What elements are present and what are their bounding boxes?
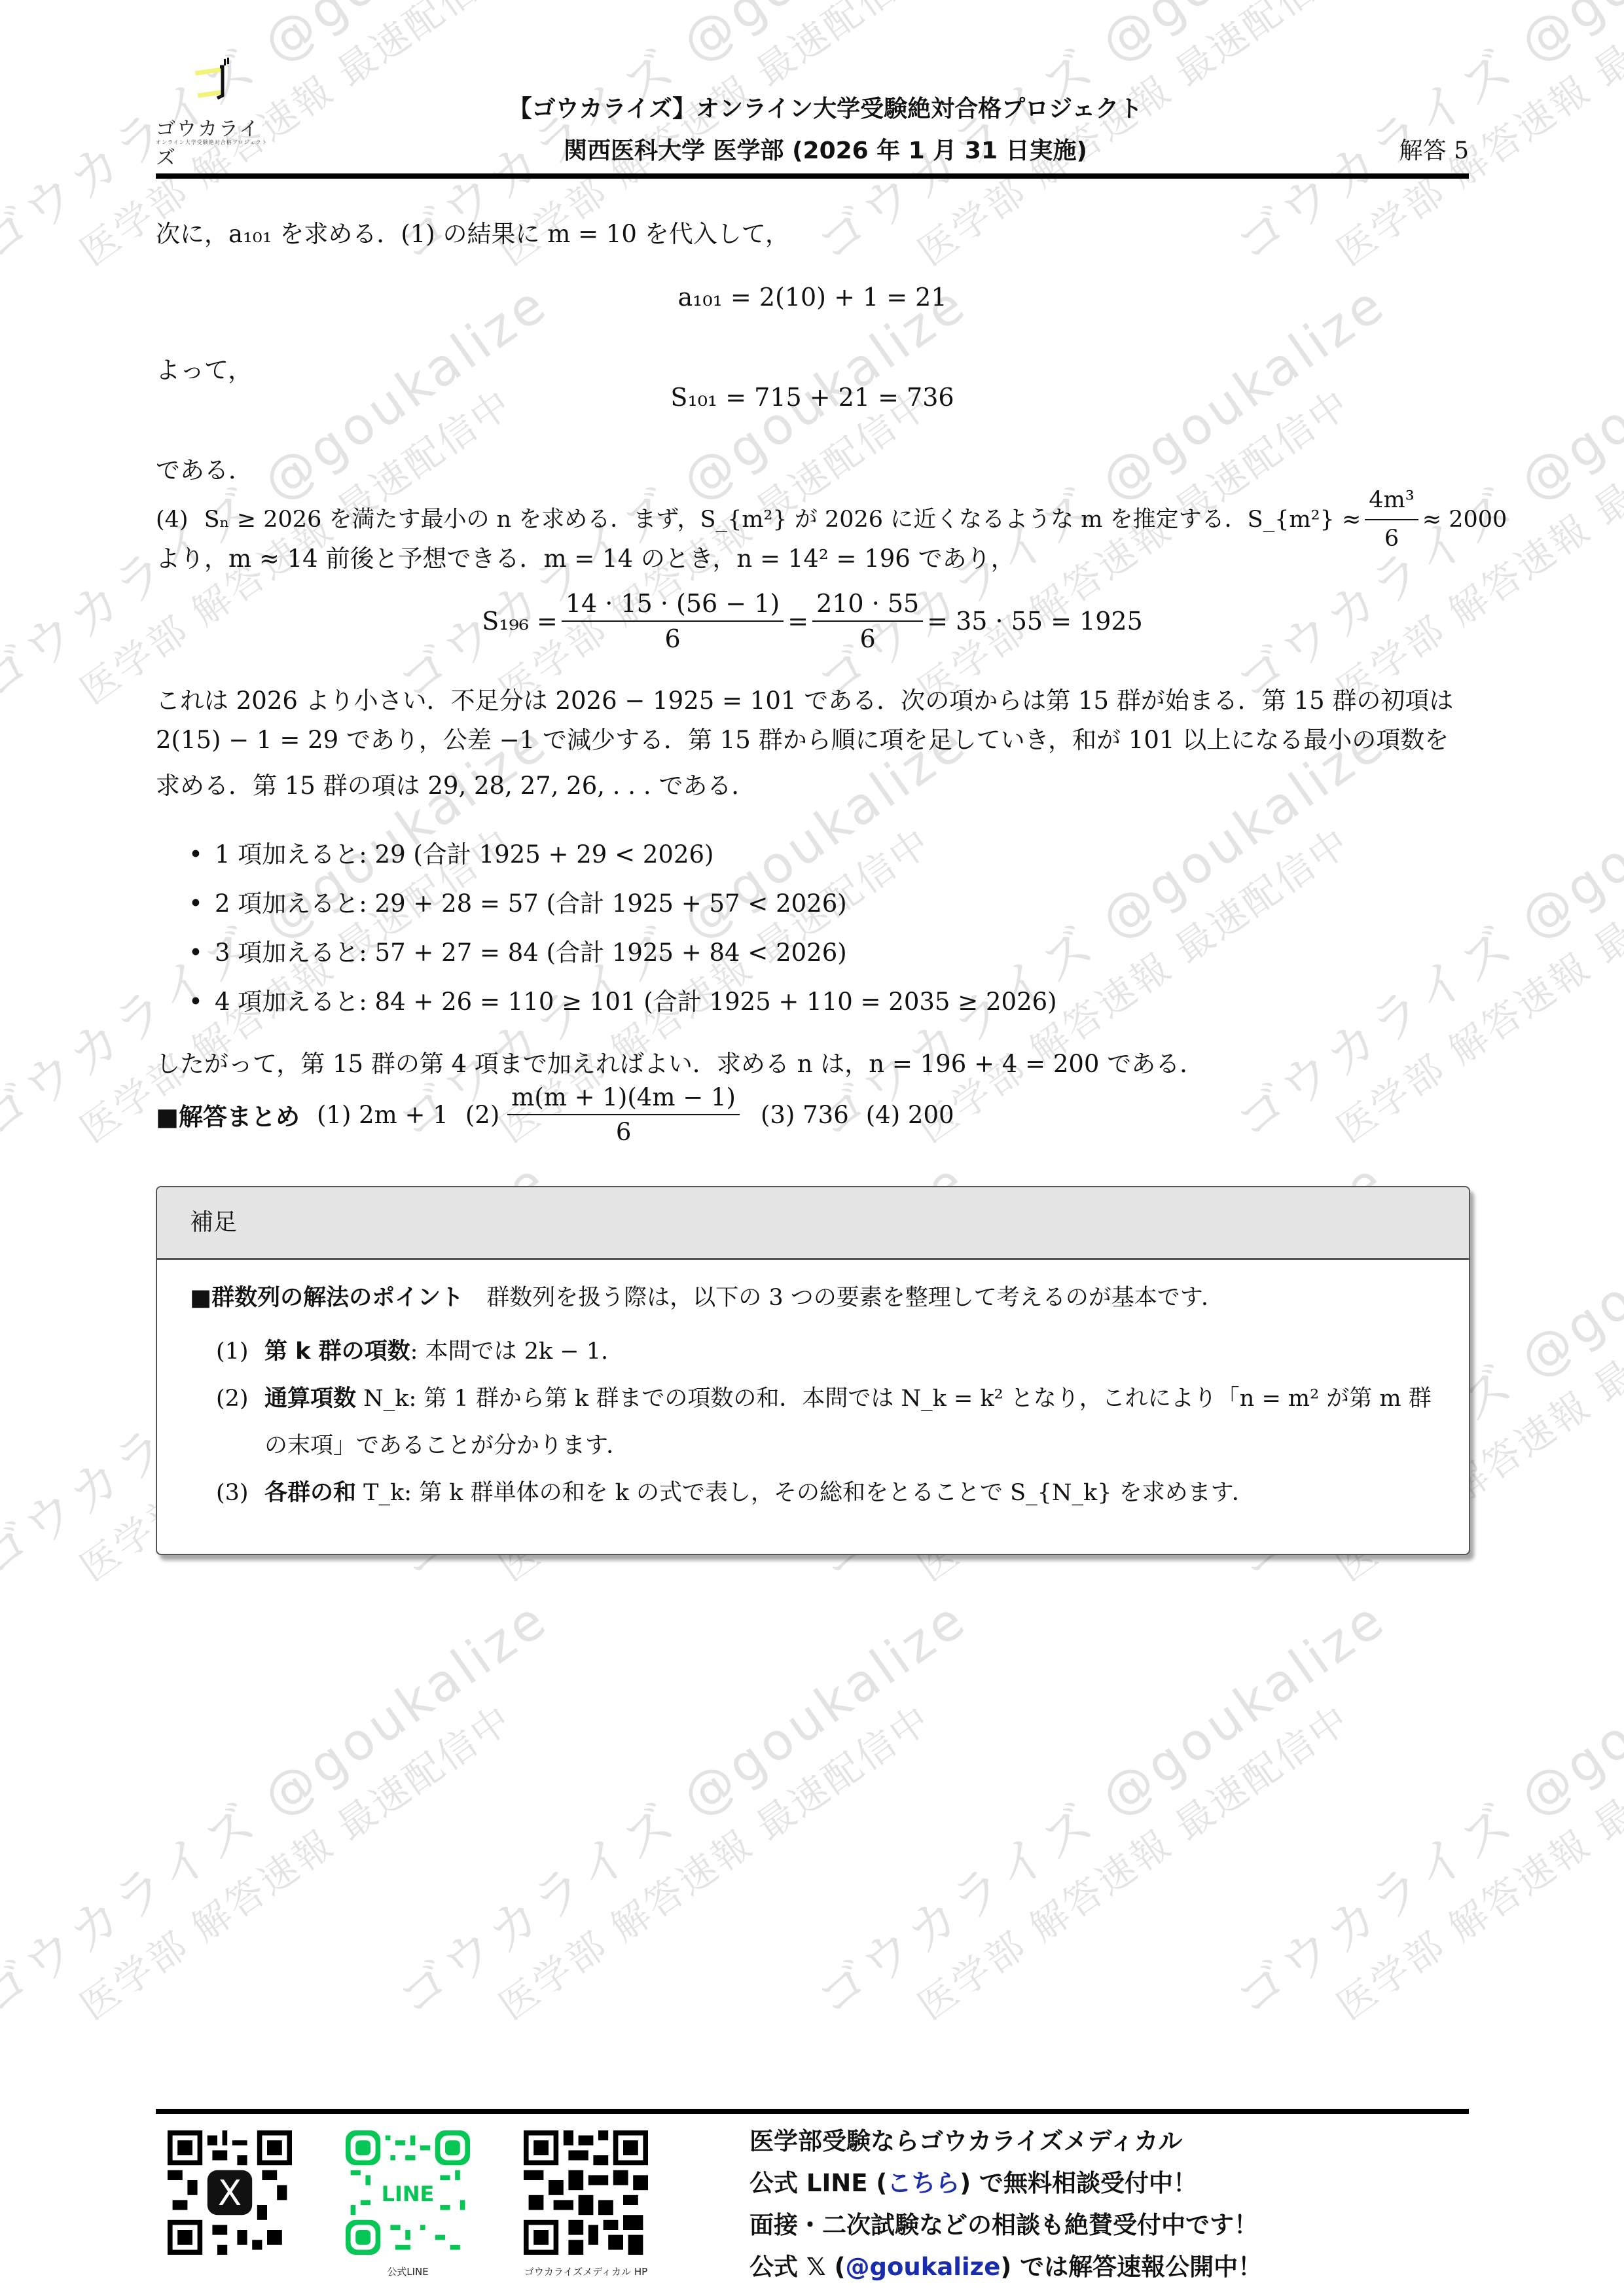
part4-line2: より，m ≈ 14 前後と予想できる．m = 14 のとき，n = 14² = …: [156, 542, 1469, 576]
promo-line-3: 面接・二次試験などの相談も絶賛受付中です！: [749, 2204, 1262, 2246]
equation-s101: S₁₀₁ = 715 + 21 = 736: [156, 383, 1469, 412]
answer-4: (4) 200: [866, 1101, 954, 1129]
answer-2-fraction: m(m + 1)(4m − 1) 6: [507, 1083, 740, 1146]
supplement-body: ■群数列の解法のポイント 群数列を扱う際は，以下の 3 つの要素を整理して考える…: [157, 1260, 1469, 1536]
bullet-list: 1 項加えると: 29 (合計 1925 + 29 < 2026) 2 項加える…: [156, 830, 1508, 1026]
promo-text: 医学部受験ならゴウカライズメディカル 公式 LINE (こちら) で無料相談受付…: [749, 2121, 1262, 2288]
promo-line-4: 公式 𝕏 (@goukalize) では解答速報公開中！: [749, 2246, 1262, 2288]
part4-text-b: ≈ 2000: [1422, 504, 1507, 536]
part4-para3: 求める．第 15 群の項は 29, 28, 27, 26, . . . である．: [156, 769, 1469, 803]
answer-summary: ■解答まとめ (1) 2m + 1 (2) m(m + 1)(4m − 1) 6…: [156, 1083, 954, 1146]
part4-para2: 2(15) − 1 = 29 であり，公差 −1 で減少する．第 15 群から順…: [156, 723, 1469, 757]
dearu-text: である．: [156, 454, 1469, 488]
answer-2-prefix: (2): [465, 1101, 499, 1129]
fraction-2: 210 · 55 6: [812, 589, 923, 653]
footer-rule: [156, 2109, 1469, 2114]
svg-text:LINE: LINE: [382, 2181, 435, 2206]
hp-qr-label: ゴウカライズメディカル HP: [504, 2265, 668, 2278]
equation-a101: a₁₀₁ = 2(10) + 1 = 21: [156, 283, 1469, 312]
list-item: 2 項加えると: 29 + 28 = 57 (合計 1925 + 57 < 20…: [195, 879, 1508, 928]
supplement-box: 補足 ■群数列の解法のポイント 群数列を扱う際は，以下の 3 つの要素を整理して…: [156, 1186, 1470, 1555]
line-link[interactable]: こちら: [887, 2169, 960, 2197]
x-qr-code-icon[interactable]: X: [168, 2130, 292, 2255]
page-header: ゴウカライズ オンライン大学受験絶対合格プロジェクト 【ゴウカライズ】オンライン…: [156, 52, 1469, 177]
conclusion-text: したがって，第 15 群の第 4 項まで加えればよい．求める n は，n = 1…: [156, 1047, 1469, 1081]
answer-3: (3) 736: [761, 1101, 849, 1129]
equation-s196: S₁₉₆ = 14 · 15 · (56 − 1) 6 = 210 · 55 6…: [156, 589, 1469, 653]
answer-1: (1) 2m + 1: [317, 1101, 448, 1129]
line-qr-code-icon[interactable]: LINE: [346, 2130, 470, 2255]
list-item: 3 項加えると: 57 + 27 = 84 (合計 1925 + 84 < 20…: [195, 928, 1508, 977]
header-subtitle: 関西医科大学 医学部 (2026 年 1 月 31 日実施): [156, 132, 1469, 166]
page-number: 解答 5: [1399, 132, 1469, 166]
supplement-title: 補足: [157, 1187, 1469, 1260]
intro-text: 次に，a₁₀₁ を求める．(1) の結果に m = 10 を代入して，: [156, 217, 1469, 251]
supplement-lead: ■群数列の解法のポイント 群数列を扱う際は，以下の 3 つの要素を整理して考える…: [190, 1280, 1436, 1312]
list-item: 1 項加えると: 29 (合計 1925 + 29 < 2026): [195, 830, 1508, 879]
promo-line-2: 公式 LINE (こちら) で無料相談受付中！: [749, 2162, 1262, 2204]
part4-para1: これは 2026 より小さい．不足分は 2026 − 1925 = 101 であ…: [156, 684, 1469, 718]
promo-line-1: 医学部受験ならゴウカライズメディカル: [749, 2121, 1262, 2162]
supplement-list: (1)第 k 群の項数: 本問では 2k − 1. (2)通算項数 N_k: 第…: [190, 1328, 1436, 1516]
summary-label: ■解答まとめ: [156, 1097, 300, 1132]
list-item: (1)第 k 群の項数: 本問では 2k − 1.: [216, 1328, 1436, 1375]
line-qr-label: 公式LINE: [346, 2265, 470, 2278]
list-item: (3)各群の和 T_k: 第 k 群単体の和を k の式で表し，その総和をとるこ…: [216, 1469, 1436, 1516]
header-rule: [156, 173, 1469, 179]
part4-text-a: Sₙ ≥ 2026 を満たす最小の n を求める．まず，S_{m²} が 202…: [204, 504, 1362, 536]
hp-qr-code-icon[interactable]: [524, 2130, 648, 2255]
x-account-link[interactable]: @goukalize: [845, 2253, 1000, 2281]
svg-text:X: X: [218, 2173, 242, 2214]
document-page: ゴウカライズ オンライン大学受験絶対合格プロジェクト 【ゴウカライズ】オンライン…: [0, 0, 1624, 2296]
list-item: 4 項加えると: 84 + 26 = 110 ≥ 101 (合計 1925 + …: [195, 977, 1508, 1026]
header-title: 【ゴウカライズ】オンライン大学受験絶対合格プロジェクト: [156, 90, 1469, 124]
part4-label: (4): [156, 504, 189, 536]
fraction-1: 14 · 15 · (56 − 1) 6: [562, 589, 784, 653]
list-item: (2)通算項数 N_k: 第 1 群から第 k 群までの項数の和．本問では N_…: [216, 1375, 1436, 1469]
